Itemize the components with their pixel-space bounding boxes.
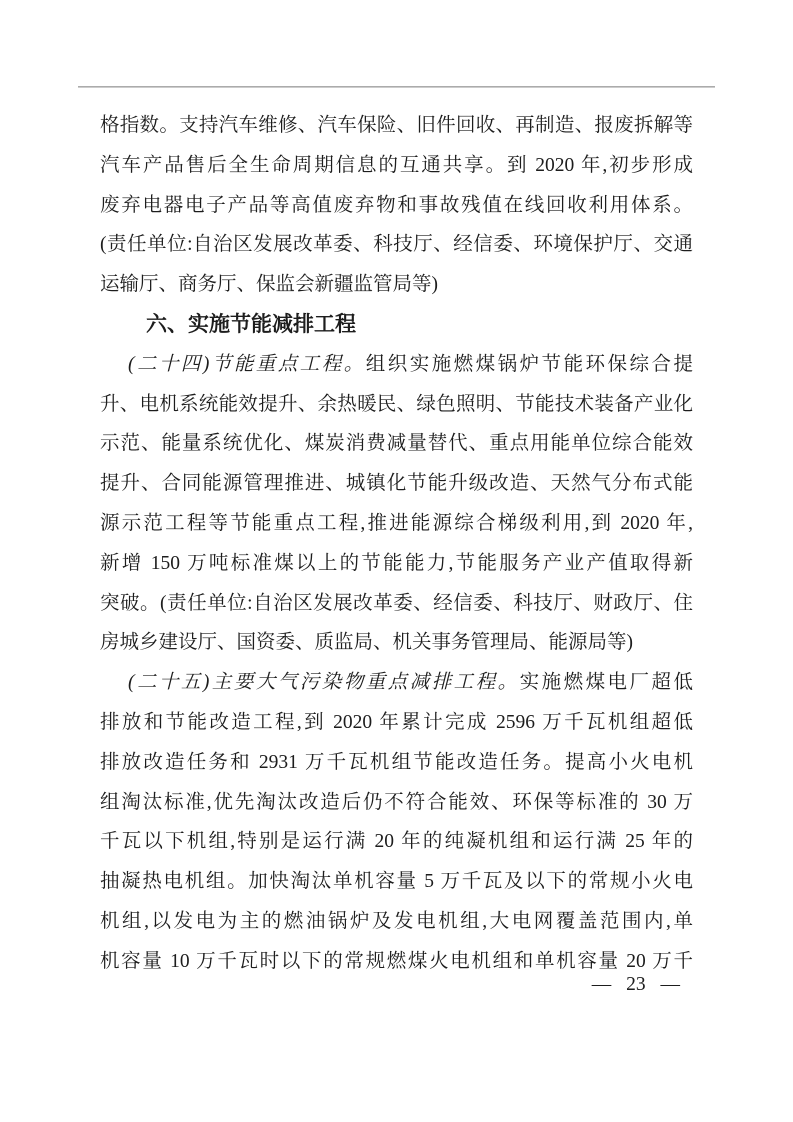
text-line: 突破。(责任单位:自治区发展改革委、经信委、科技厅、财政厅、住: [100, 584, 693, 624]
lead-in-text: (二十四)节能重点工程。: [128, 354, 366, 375]
text-line: 抽凝热电机组。加快淘汰单机容量 5 万千瓦及以下的常规小火电: [100, 862, 693, 902]
body-text: 抽凝热电机组。加快淘汰单机容量 5 万千瓦及以下的常规小火电: [100, 871, 693, 892]
body-text: 排放改造任务和 2931 万千瓦机组节能改造任务。提高小火电机: [100, 752, 693, 773]
body-text: 运输厅、商务厅、保监会新疆监管局等): [100, 274, 438, 295]
body-text: 突破。(责任单位:自治区发展改革委、经信委、科技厅、财政厅、住: [100, 593, 693, 614]
text-line: 房城乡建设厅、国资委、质监局、机关事务管理局、能源局等): [100, 623, 693, 663]
text-line: (二十五)主要大气污染物重点减排工程。实施燃煤电厂超低: [100, 663, 693, 703]
text-line: 机组,以发电为主的燃油锅炉及发电机组,大电网覆盖范围内,单: [100, 902, 693, 942]
text-line: 升、电机系统能效提升、余热暖民、绿色照明、节能技术装备产业化: [100, 385, 693, 425]
text-line: 汽车产品售后全生命周期信息的互通共享。到 2020 年,初步形成: [100, 146, 693, 186]
text-line: (责任单位:自治区发展改革委、科技厅、经信委、环境保护厅、交通: [100, 225, 693, 265]
text-line: 千瓦以下机组,特别是运行满 20 年的纯凝机组和运行满 25 年的: [100, 822, 693, 862]
text-line: 源示范工程等节能重点工程,推进能源综合梯级利用,到 2020 年,: [100, 504, 693, 544]
text-line: 新增 150 万吨标准煤以上的节能能力,节能服务产业产值取得新: [100, 544, 693, 584]
body-text: 新增 150 万吨标准煤以上的节能能力,节能服务产业产值取得新: [100, 553, 693, 574]
body-text: 实施燃煤电厂超低: [520, 672, 693, 693]
header-rule: [78, 86, 715, 88]
page-number: — 23 —: [592, 965, 680, 1005]
document-body: 格指数。支持汽车维修、汽车保险、旧件回收、再制造、报废拆解等汽车产品售后全生命周…: [100, 106, 693, 982]
body-text: 组淘汰标准,优先淘汰改造后仍不符合能效、环保等标准的 30 万: [100, 792, 693, 813]
text-line: 组淘汰标准,优先淘汰改造后仍不符合能效、环保等标准的 30 万: [100, 783, 693, 823]
text-line: 提升、合同能源管理推进、城镇化节能升级改造、天然气分布式能: [100, 464, 693, 504]
body-text: 房城乡建设厅、国资委、质监局、机关事务管理局、能源局等): [100, 632, 633, 653]
body-text: (责任单位:自治区发展改革委、科技厅、经信委、环境保护厅、交通: [100, 234, 693, 255]
section-heading: 六、实施节能减排工程: [100, 305, 693, 345]
body-text: 排放和节能改造工程,到 2020 年累计完成 2596 万千瓦机组超低: [100, 712, 693, 733]
body-text: 提升、合同能源管理推进、城镇化节能升级改造、天然气分布式能: [100, 473, 693, 494]
text-line: 排放和节能改造工程,到 2020 年累计完成 2596 万千瓦机组超低: [100, 703, 693, 743]
text-line: 格指数。支持汽车维修、汽车保险、旧件回收、再制造、报废拆解等: [100, 106, 693, 146]
body-text: 示范、能量系统优化、煤炭消费减量替代、重点用能单位综合能效: [100, 433, 693, 454]
text-line: (二十四)节能重点工程。组织实施燃煤锅炉节能环保综合提: [100, 345, 693, 385]
text-line: 示范、能量系统优化、煤炭消费减量替代、重点用能单位综合能效: [100, 424, 693, 464]
text-line: 排放改造任务和 2931 万千瓦机组节能改造任务。提高小火电机: [100, 743, 693, 783]
document-page: 格指数。支持汽车维修、汽车保险、旧件回收、再制造、报废拆解等汽车产品售后全生命周…: [0, 0, 793, 1122]
text-line: 运输厅、商务厅、保监会新疆监管局等): [100, 265, 693, 305]
body-text: 组织实施燃煤锅炉节能环保综合提: [366, 354, 693, 375]
body-text: 源示范工程等节能重点工程,推进能源综合梯级利用,到 2020 年,: [100, 513, 693, 534]
body-text: 汽车产品售后全生命周期信息的互通共享。到 2020 年,初步形成: [100, 155, 693, 176]
lead-in-text: (二十五)主要大气污染物重点减排工程。: [128, 672, 520, 693]
body-text: 千瓦以下机组,特别是运行满 20 年的纯凝机组和运行满 25 年的: [100, 831, 693, 852]
text-line: 废弃电器电子产品等高值废弃物和事故残值在线回收利用体系。: [100, 186, 693, 226]
body-text: 格指数。支持汽车维修、汽车保险、旧件回收、再制造、报废拆解等: [100, 115, 693, 136]
body-text: 废弃电器电子产品等高值废弃物和事故残值在线回收利用体系。: [100, 195, 693, 216]
body-text: 机组,以发电为主的燃油锅炉及发电机组,大电网覆盖范围内,单: [100, 911, 693, 932]
body-text: 升、电机系统能效提升、余热暖民、绿色照明、节能技术装备产业化: [100, 394, 693, 415]
